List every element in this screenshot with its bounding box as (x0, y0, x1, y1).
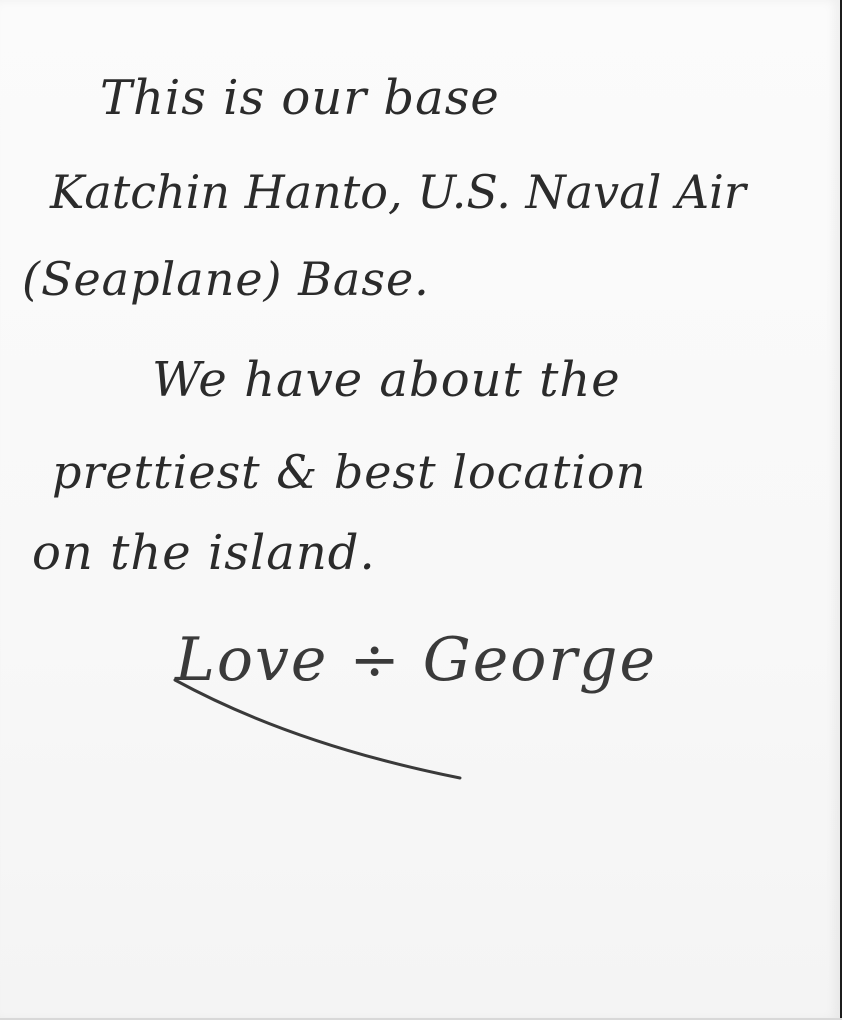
note-line-3: (Seaplane) Base. (22, 252, 430, 306)
paper-bottom-edge (0, 1018, 842, 1020)
note-line-6: on the island. (32, 525, 376, 581)
note-line-4: We have about the (152, 352, 621, 408)
note-line-2: Katchin Hanto, U.S. Naval Air (50, 165, 746, 219)
handwritten-note-paper: This is our base Katchin Hanto, U.S. Nav… (0, 0, 842, 1020)
note-line-5: prettiest & best location (52, 445, 646, 499)
signature-flourish-icon (170, 670, 490, 790)
note-line-1: This is our base (100, 70, 500, 126)
